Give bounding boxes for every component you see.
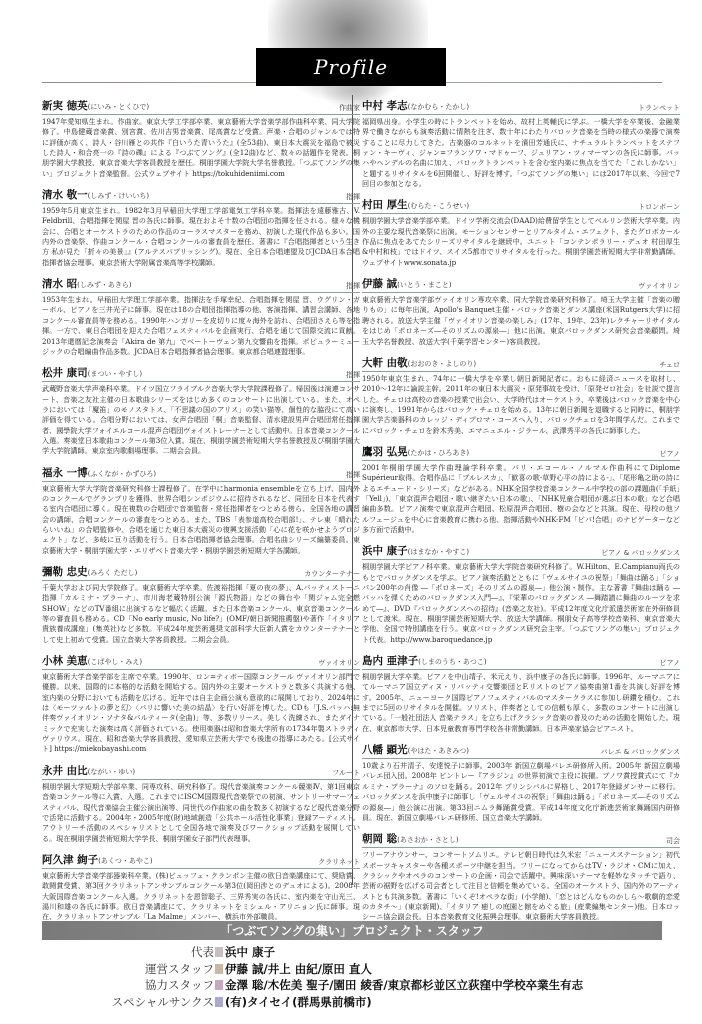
profile-bio: 1947年愛知県生まれ。作曲家。東京大学工学部卒業、東京藝術大学音楽学部作曲科卒… (42, 117, 360, 179)
profile-entry: 鷹羽 弘晃(たかは・ひろあき) ピアノ 2001年桐朋学園大学作曲理論学科卒業。… (362, 440, 680, 535)
profile-header: 伊藤 誠(いとう・まこと) ヴァイオリン (362, 272, 680, 293)
page-title: Profile (314, 55, 388, 79)
profile-entry: 永井 由比(ながい・ゆい) フルート 桐朋学園大学短期大学部卒業、同専攻科、研究… (42, 759, 360, 844)
profile-bio: 武蔵野音楽大学声楽科卒業。ドイツ国立フライブルク音楽大学大学院課程修了。帰国後は… (42, 384, 360, 456)
profile-header: 鷹羽 弘晃(たかは・ひろあき) ピアノ (362, 440, 680, 461)
profile-role: トロンボーン (638, 202, 680, 212)
profile-role: ヴァイオリン (638, 281, 680, 291)
profile-entry: 八幡 顕光(やはた・あきみつ) バレエ & バロックダンス 10歳より石井清子、… (362, 738, 680, 823)
profile-entry: 浜中 康子(はまなか・やすこ) ピアノ & バロックダンス 桐朋学園大学ピアノ科… (362, 539, 680, 645)
square-marker-icon (215, 947, 223, 957)
profile-name-block: 阿久津 絢子(あくつ・あやこ) (42, 848, 153, 867)
profile-bio: 10歳より石井清子、安達悦子に師事。2003年 新国立劇場バレエ研修所入所。20… (362, 761, 680, 823)
profile-role: フルート (332, 768, 360, 778)
profile-kana: (なかむら・たかし) (408, 103, 469, 111)
profile-header: 永井 由比(ながい・ゆい) フルート (42, 759, 360, 780)
profile-name: 新実 徳英 (42, 100, 88, 112)
profile-bio: 福岡県出身。小学生の時にトランペットを始め、故村上英輔氏に学ぶ。一橋大学を卒業後… (362, 117, 680, 189)
staff-row-special-thanks: スペシャルサンクス (有)タイセイ(群馬県前橋市) (42, 994, 662, 1011)
profile-header: 八幡 顕光(やはた・あきみつ) バレエ & バロックダンス (362, 738, 680, 759)
profile-header: 阿久津 絢子(あくつ・あやこ) クラリネット (42, 848, 360, 869)
profile-entry: 彌勒 忠史(みろく ただし) カウンターテナー 千葉大学および同大学院修了。東京… (42, 560, 360, 645)
profile-bio: 1953年生まれ。早稲田大学理工学部卒業。指揮法を手塚幸紀、合唱指揮を関屋 晋、… (42, 295, 360, 357)
staff-label: スペシャルサンクス (42, 994, 214, 1010)
profile-name: 彌勒 忠史 (42, 566, 88, 578)
profile-name-block: 島内 亜津子(しまのうち・あつこ) (362, 649, 487, 668)
square-marker-icon (215, 997, 223, 1007)
profile-bio: フリーアナウンサー、コンサートソムリエ。テレビ朝日時代は久米宏「ニュースステーシ… (362, 850, 680, 922)
profile-kana: (あさおか・さとし) (397, 836, 458, 844)
profile-kana: (にいみ・とくひで) (88, 103, 149, 111)
profile-bio: 1959年5月東京生まれ。1982年3月早稲田大学理工学部電気工学科卒業。指揮法… (42, 206, 360, 268)
profile-name: 阿久津 絢子 (42, 854, 98, 866)
profile-role: ヴァイオリン (318, 658, 360, 668)
profile-kana: (はまなか・やすこ) (408, 548, 469, 556)
profile-kana: (まつい・やすし) (88, 370, 142, 378)
profile-header: 浜中 康子(はまなか・やすこ) ピアノ & バロックダンス (362, 539, 680, 560)
profile-entry: 清水 敬一(しみず・けいいち) 指揮 1959年5月東京生まれ。1982年3月早… (42, 183, 360, 268)
profile-bio: 桐朋学園大学ピアノ科卒業。東京藝術大学大学院音楽研究科修了。W.Hilton、E… (362, 562, 680, 645)
profile-name-block: 永井 由比(ながい・ゆい) (42, 759, 135, 778)
profile-entry: 朝岡 聡(あさおか・さとし) 司会 フリーアナウンサー、コンサートソムリエ。テレ… (362, 827, 680, 922)
profile-role: ピアノ (660, 449, 680, 459)
profile-header: 朝岡 聡(あさおか・さとし) 司会 (362, 827, 680, 848)
profile-name: 中村 孝志 (362, 100, 408, 112)
profile-kana: (たかは・ひろあき) (408, 449, 469, 457)
profile-header: 松井 康司(まつい・やすし) 指揮 (42, 361, 360, 382)
profile-entry: 村田 厚生(むらた・こうせい) トロンボーン 桐朋学園大学音楽学部卒業。ドイツ学… (362, 193, 680, 268)
profile-entry: 大軒 由敬(おおのき・よしのり) チェロ 1950年東京生まれ、74年に一橋大学… (362, 351, 680, 436)
profile-name-block: 朝岡 聡(あさおか・さとし) (362, 827, 459, 846)
profile-name: 朝岡 聡 (362, 833, 397, 845)
profile-role: 指揮 (346, 370, 360, 380)
profile-kana: (しまのうち・あつこ) (418, 658, 486, 666)
square-marker-icon (215, 964, 223, 974)
profile-kana: (むらた・こうせい) (408, 202, 469, 210)
profile-entry: 伊藤 誠(いとう・まこと) ヴァイオリン 東京藝術大学音楽学部ヴァイオリン専攻卒… (362, 272, 680, 347)
profile-bio: 桐朋学園大学音楽学部卒業。ドイツ学術交流会(DAAD)給費留学生としてベルリン芸… (362, 216, 680, 268)
profile-name-block: 彌勒 忠史(みろく ただし) (42, 560, 137, 579)
profile-header: 中村 孝志(なかむら・たかし) トランペット (362, 94, 680, 115)
profile-bio: 千葉大学および同大学院修了。東京藝術大学卒業。佐渡裕指揮「夏の夜の夢」、A.バッ… (42, 583, 360, 645)
profiles-right-column: 中村 孝志(なかむら・たかし) トランペット 福岡県出身。小学生の時にトランペッ… (362, 94, 680, 927)
profile-role: 指揮 (346, 192, 360, 202)
profile-name-block: 新実 徳英(にいみ・とくひで) (42, 94, 149, 113)
profile-bio: 1950年東京生まれ、74年に一橋大学を卒業し朝日新聞記者に。おもに経済ニュース… (362, 374, 680, 436)
profile-bio: 桐朋学園大学短期大学部卒業、同専攻科、研究科修了。現代音楽演奏コンクール競楽Ⅳ、… (42, 782, 360, 844)
profile-kana: (あくつ・あやこ) (98, 857, 152, 865)
profile-name: 福永 一博 (42, 467, 88, 479)
profile-role: ピアノ (660, 658, 680, 668)
staff-band: 「つぶてソングの集い」プロジェクト・スタッフ (42, 921, 662, 940)
profile-header: 新実 徳英(にいみ・とくひで) 作曲家 (42, 94, 360, 115)
profile-bio: 東京藝術大学音楽学部器楽科卒業。(株)ビュッフェ・クランポン主催の欧日音楽講座に… (42, 871, 360, 923)
profile-kana: (みろく ただし) (88, 569, 138, 577)
profile-kana: (こばやし・みえ) (88, 658, 142, 666)
profile-name: 八幡 顕光 (362, 744, 408, 756)
profile-name-block: 村田 厚生(むらた・こうせい) (362, 193, 469, 212)
profile-kana: (ふくなが・かずひろ) (88, 470, 156, 478)
profiles-left-column: 新実 徳英(にいみ・とくひで) 作曲家 1947年愛知県生まれ。作曲家。東京大学… (42, 94, 360, 927)
profile-name-block: 伊藤 誠(いとう・まこと) (362, 272, 452, 291)
profile-role: 指揮 (346, 470, 360, 480)
profile-name-block: 福永 一博(ふくなが・かずひろ) (42, 461, 156, 480)
profile-kana: (ながい・ゆい) (88, 768, 135, 776)
profile-entry: 福永 一博(ふくなが・かずひろ) 指揮 東京藝術大学大学院音楽研究科修士課程修了… (42, 461, 360, 556)
profile-role: 作曲家 (339, 103, 360, 113)
profile-name-block: 浜中 康子(はまなか・やすこ) (362, 539, 469, 558)
staff-value: 金澤 聡/木佐美 聖子/園田 綾香/東京都杉並区立荻窪中学校卒業生有志 (225, 977, 583, 993)
profile-name: 永井 由比 (42, 765, 88, 777)
profile-name: 村田 厚生 (362, 199, 408, 211)
profile-bio: 桐朋学園大学卒業。ピアノを中山靖子、米元えり、浜中康子の各氏に師事。1996年、… (362, 672, 680, 734)
profile-bio: 東京藝術大学大学院音楽研究科修士課程修了。在学中にharmonia ensemb… (42, 484, 360, 556)
profile-name-block: 中村 孝志(なかむら・たかし) (362, 94, 469, 113)
staff-label: 協力スタッフ (42, 977, 214, 993)
profile-kana: (しみず・けいいち) (88, 192, 149, 200)
profile-kana: (しみず・あきら) (77, 281, 131, 289)
profile-bio: 2001年桐朋学園大学作曲理論学科卒業。パリ・エコール・ノルマル作曲科にてDip… (362, 463, 680, 535)
profile-name: 清水 敬一 (42, 189, 88, 201)
profile-bio: 東京藝術大学音楽学部を主席で卒業。1990年、ロン=ティボー国際コンクール ヴァ… (42, 672, 360, 755)
profile-entry: 阿久津 絢子(あくつ・あやこ) クラリネット 東京藝術大学音楽学部器楽科卒業。(… (42, 848, 360, 923)
profile-name: 島内 亜津子 (362, 655, 418, 667)
profile-name: 松井 康司 (42, 367, 88, 379)
profile-role: カウンターテナー (304, 569, 360, 579)
profile-header: 清水 昭(しみず・あきら) 指揮 (42, 272, 360, 293)
profile-name-block: 小林 美恵(こばやし・みえ) (42, 649, 142, 668)
profile-kana: (やはた・あきみつ) (408, 747, 469, 755)
profile-entry: 新実 徳英(にいみ・とくひで) 作曲家 1947年愛知県生まれ。作曲家。東京大学… (42, 94, 360, 179)
profile-header: 大軒 由敬(おおのき・よしのり) チェロ (362, 351, 680, 372)
profile-name-block: 松井 康司(まつい・やすし) (42, 361, 142, 380)
profile-kana: (いとう・まこと) (397, 281, 451, 289)
staff-title: 「つぶてソングの集い」プロジェクト・スタッフ (220, 922, 484, 939)
staff-row-operations: 運営スタッフ 伊藤 誠/井上 由紀/原田 直人 (42, 961, 662, 978)
profile-role: チェロ (659, 360, 680, 370)
profile-name: 大軒 由敬 (362, 357, 408, 369)
profile-name: 浜中 康子 (362, 545, 408, 557)
profile-header: 小林 美恵(こばやし・みえ) ヴァイオリン (42, 649, 360, 670)
profile-name-block: 大軒 由敬(おおのき・よしのり) (362, 351, 476, 370)
staff-value: 伊藤 誠/井上 由紀/原田 直人 (225, 961, 372, 977)
profile-role: ピアノ & バロックダンス (601, 548, 680, 558)
profile-kana: (おおのき・よしのり) (408, 360, 476, 368)
profile-entry: 松井 康司(まつい・やすし) 指揮 武蔵野音楽大学声楽科卒業。ドイツ国立フライブ… (42, 361, 360, 456)
profile-role: 司会 (666, 836, 680, 846)
profile-name-block: 清水 敬一(しみず・けいいち) (42, 183, 149, 202)
staff-value: 浜中 康子 (225, 944, 275, 960)
staff-row-cooperation: 協力スタッフ 金澤 聡/木佐美 聖子/園田 綾香/東京都杉並区立荻窪中学校卒業生… (42, 977, 662, 994)
profile-name: 鷹羽 弘晃 (362, 446, 408, 458)
profile-header: 彌勒 忠史(みろく ただし) カウンターテナー (42, 560, 360, 581)
profile-header: 清水 敬一(しみず・けいいち) 指揮 (42, 183, 360, 204)
title-band: Profile (256, 48, 446, 86)
profile-name-block: 清水 昭(しみず・あきら) (42, 272, 132, 291)
profile-name-block: 鷹羽 弘晃(たかは・ひろあき) (362, 440, 469, 459)
profile-role: クラリネット (318, 857, 360, 867)
profile-entry: 清水 昭(しみず・あきら) 指揮 1953年生まれ。早稲田大学理工学部卒業。指揮… (42, 272, 360, 357)
profile-name: 小林 美恵 (42, 655, 88, 667)
profile-header: 福永 一博(ふくなが・かずひろ) 指揮 (42, 461, 360, 482)
profile-name: 清水 昭 (42, 278, 77, 290)
profile-role: 指揮 (346, 281, 360, 291)
staff-label: 運営スタッフ (42, 961, 214, 977)
profile-entry: 中村 孝志(なかむら・たかし) トランペット 福岡県出身。小学生の時にトランペッ… (362, 94, 680, 189)
profile-role: バレエ & バロックダンス (601, 747, 681, 757)
profile-name: 伊藤 誠 (362, 278, 397, 290)
staff-value: (有)タイセイ(群馬県前橋市) (225, 994, 372, 1010)
profile-bio: 東京藝術大学音楽学部ヴァイオリン専攻卒業、同大学院音楽研究科修了。埼玉大学主催「… (362, 295, 680, 347)
staff-label: 代表 (42, 944, 214, 960)
profile-entry: 小林 美恵(こばやし・みえ) ヴァイオリン 東京藝術大学音楽学部を主席で卒業。1… (42, 649, 360, 755)
square-marker-icon (215, 980, 223, 990)
profile-name-block: 八幡 顕光(やはた・あきみつ) (362, 738, 469, 757)
profile-header: 島内 亜津子(しまのうち・あつこ) ピアノ (362, 649, 680, 670)
profile-header: 村田 厚生(むらた・こうせい) トロンボーン (362, 193, 680, 214)
profile-role: トランペット (638, 103, 680, 113)
profile-entry: 島内 亜津子(しまのうち・あつこ) ピアノ 桐朋学園大学卒業。ピアノを中山靖子、… (362, 649, 680, 734)
staff-list: 代表 浜中 康子 運営スタッフ 伊藤 誠/井上 由紀/原田 直人 協力スタッフ … (42, 944, 662, 1010)
staff-row-representative: 代表 浜中 康子 (42, 944, 662, 961)
